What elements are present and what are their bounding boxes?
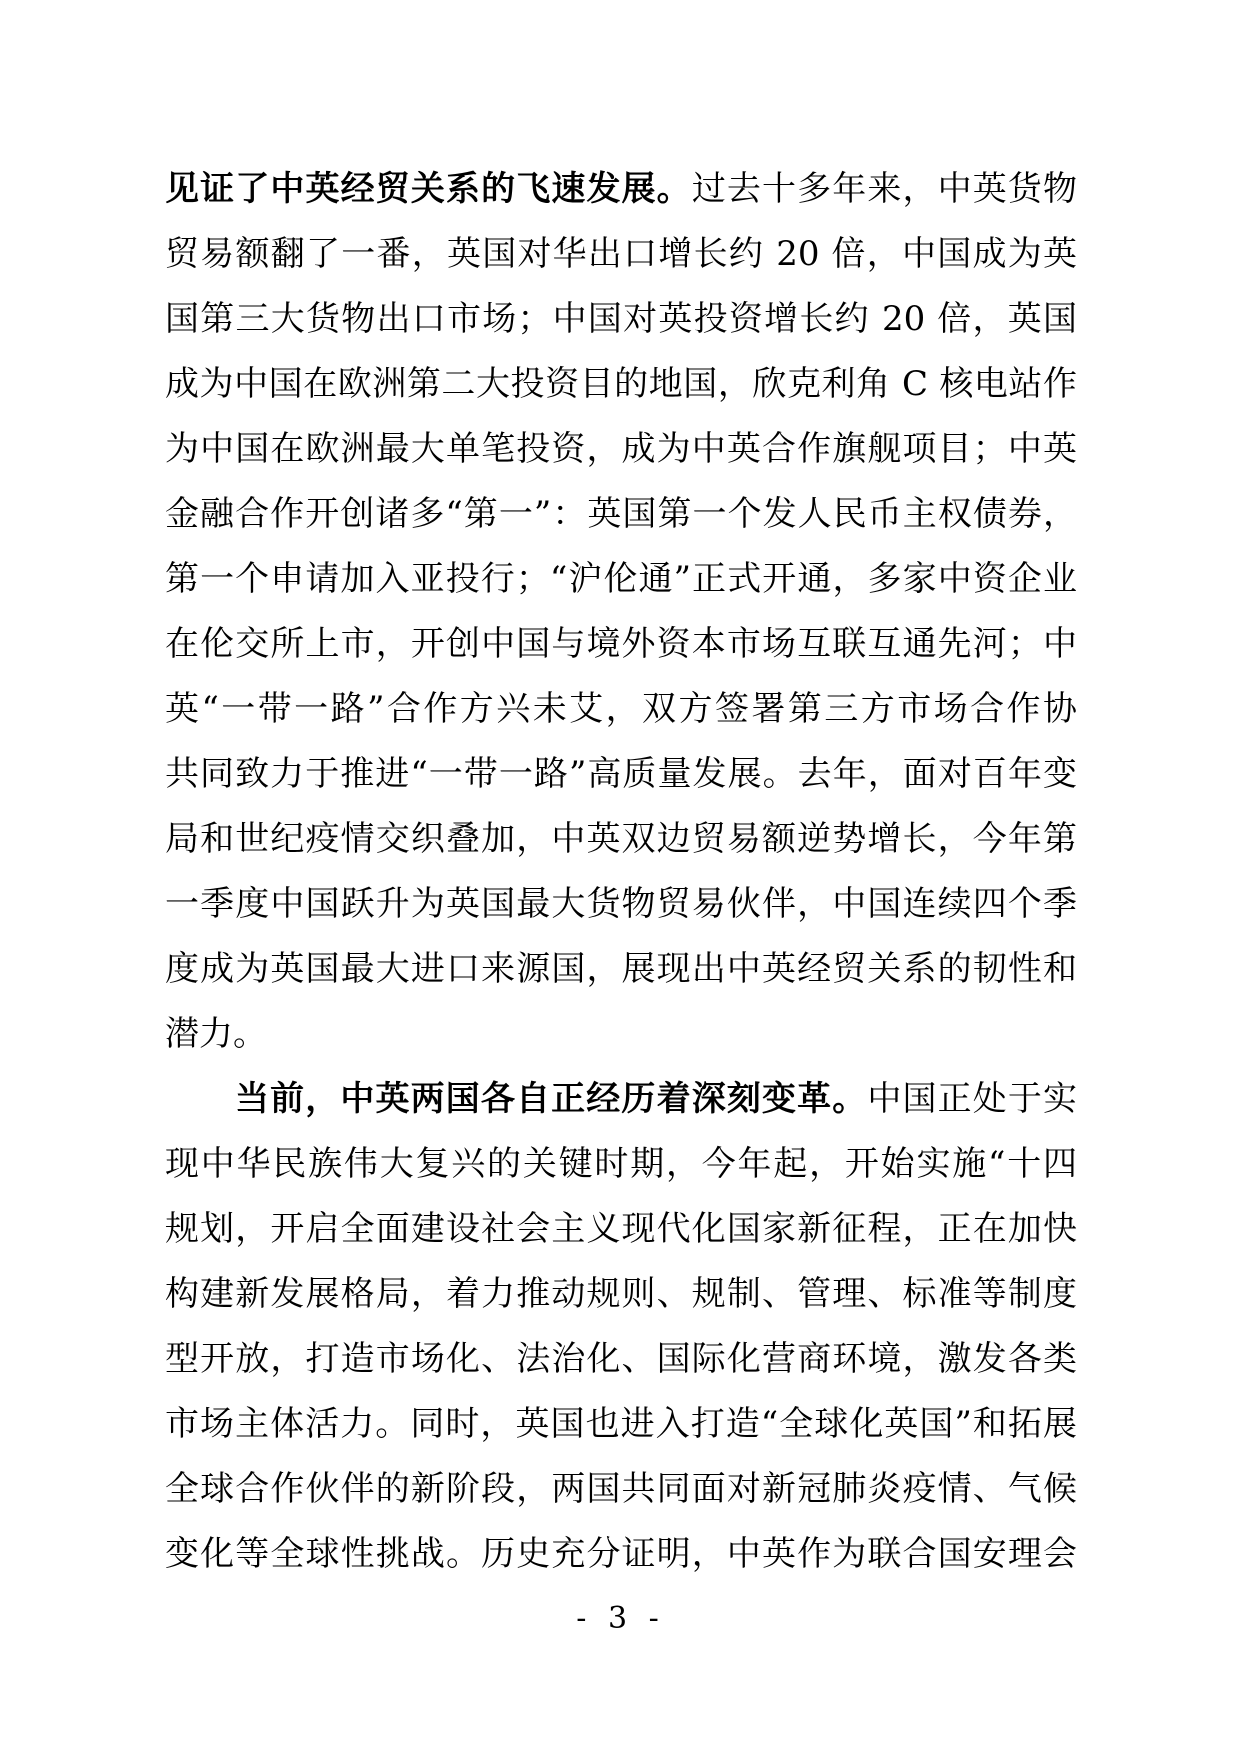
text-line: 金融合作开创诸多“第一”：英国第一个发人民币主权债券， — [165, 482, 1077, 547]
text-line: 成为中国在欧洲第二大投资目的地国，欣克利角 C 核电站作 — [165, 352, 1077, 417]
page-number: - 3 - — [576, 1601, 664, 1636]
body-text-run: 现中华民族伟大复兴的关键时期，今年起，开始实施“十四五” — [165, 1144, 1077, 1197]
text-line: 局和世纪疫情交织叠加，中英双边贸易额逆势增长，今年第 — [165, 807, 1077, 872]
body-text-run: 在伦交所上市，开创中国与境外资本市场互联互通先河；中 — [165, 624, 1077, 664]
body-text-run: 共同致力于推进“一带一路”高质量发展。去年，面对百年变 — [165, 754, 1077, 794]
text-line: 第一个申请加入亚投行；“沪伦通”正式开通，多家中资企业 — [165, 547, 1077, 612]
body-text-run: 一季度中国跃升为英国最大货物贸易伙伴，中国连续四个季 — [165, 884, 1077, 924]
text-line: 一季度中国跃升为英国最大货物贸易伙伴，中国连续四个季 — [165, 872, 1077, 937]
text-line: 英“一带一路”合作方兴未艾，双方签署第三方市场合作协议， — [165, 677, 1077, 742]
text-line: 全球合作伙伴的新阶段，两国共同面对新冠肺炎疫情、气候 — [165, 1457, 1077, 1522]
text-line: 国第三大货物出口市场；中国对英投资增长约 20 倍，英国 — [165, 287, 1077, 352]
body-text-run: 全球合作伙伴的新阶段，两国共同面对新冠肺炎疫情、气候 — [165, 1469, 1077, 1509]
emphasis-text-run: 当前，中英两国各自正经历着深刻变革。 — [235, 1079, 867, 1119]
body-text-run: 潜力。 — [165, 1014, 267, 1054]
text-line: 潜力。 — [165, 1002, 1077, 1067]
text-line: 规划，开启全面建设社会主义现代化国家新征程，正在加快 — [165, 1197, 1077, 1262]
text-line: 贸易额翻了一番，英国对华出口增长约 20 倍，中国成为英 — [165, 222, 1077, 287]
body-text-run: 第一个申请加入亚投行；“沪伦通”正式开通，多家中资企业 — [165, 559, 1077, 599]
body-text-run: 英“一带一路”合作方兴未艾，双方签署第三方市场合作协议， — [165, 689, 1077, 742]
text-line: 型开放，打造市场化、法治化、国际化营商环境，激发各类 — [165, 1327, 1077, 1392]
page-footer: - 3 - — [0, 1598, 1241, 1640]
body-text-run: 贸易额翻了一番，英国对华出口增长约 20 倍，中国成为英 — [165, 234, 1077, 274]
body-text-run: 构建新发展格局，着力推动规则、规制、管理、标准等制度 — [165, 1274, 1077, 1314]
body-text-run: 市场主体活力。同时，英国也进入打造“全球化英国”和拓展 — [165, 1404, 1077, 1444]
text-line: 当前，中英两国各自正经历着深刻变革。中国正处于实 — [165, 1067, 1077, 1132]
text-line: 在伦交所上市，开创中国与境外资本市场互联互通先河；中 — [165, 612, 1077, 677]
text-line: 构建新发展格局，着力推动规则、规制、管理、标准等制度 — [165, 1262, 1077, 1327]
document-page: 见证了中英经贸关系的飞速发展。过去十多年来，中英货物贸易额翻了一番，英国对华出口… — [0, 0, 1241, 1754]
body-text-run: 规划，开启全面建设社会主义现代化国家新征程，正在加快 — [165, 1209, 1077, 1249]
text-line: 见证了中英经贸关系的飞速发展。过去十多年来，中英货物 — [165, 157, 1077, 222]
text-line: 度成为英国最大进口来源国，展现出中英经贸关系的韧性和 — [165, 937, 1077, 1002]
body-text-run: 过去十多年来，中英货物 — [692, 169, 1077, 209]
body-text-run: 度成为英国最大进口来源国，展现出中英经贸关系的韧性和 — [165, 949, 1077, 989]
body-text-run: 中国正处于实 — [867, 1079, 1077, 1119]
body-text-run: 金融合作开创诸多“第一”：英国第一个发人民币主权债券， — [165, 494, 1077, 534]
text-line: 为中国在欧洲最大单笔投资，成为中英合作旗舰项目；中英 — [165, 417, 1077, 482]
text-line: 变化等全球性挑战。历史充分证明，中英作为联合国安理会 — [165, 1522, 1077, 1587]
body-text-run: 型开放，打造市场化、法治化、国际化营商环境，激发各类 — [165, 1339, 1077, 1379]
body-text-run: 变化等全球性挑战。历史充分证明，中英作为联合国安理会 — [165, 1534, 1077, 1574]
body-text-run: 国第三大货物出口市场；中国对英投资增长约 20 倍，英国 — [165, 299, 1077, 339]
body-text-run: 为中国在欧洲最大单笔投资，成为中英合作旗舰项目；中英 — [165, 429, 1077, 469]
text-line: 现中华民族伟大复兴的关键时期，今年起，开始实施“十四五” — [165, 1132, 1077, 1197]
body-text-run: 局和世纪疫情交织叠加，中英双边贸易额逆势增长，今年第 — [165, 819, 1077, 859]
emphasis-text-run: 见证了中英经贸关系的飞速发展。 — [165, 169, 692, 209]
text-line: 市场主体活力。同时，英国也进入打造“全球化英国”和拓展 — [165, 1392, 1077, 1457]
text-line: 共同致力于推进“一带一路”高质量发展。去年，面对百年变 — [165, 742, 1077, 807]
document-body: 见证了中英经贸关系的飞速发展。过去十多年来，中英货物贸易额翻了一番，英国对华出口… — [165, 157, 1077, 1587]
body-text-run: 成为中国在欧洲第二大投资目的地国，欣克利角 C 核电站作 — [165, 364, 1077, 404]
